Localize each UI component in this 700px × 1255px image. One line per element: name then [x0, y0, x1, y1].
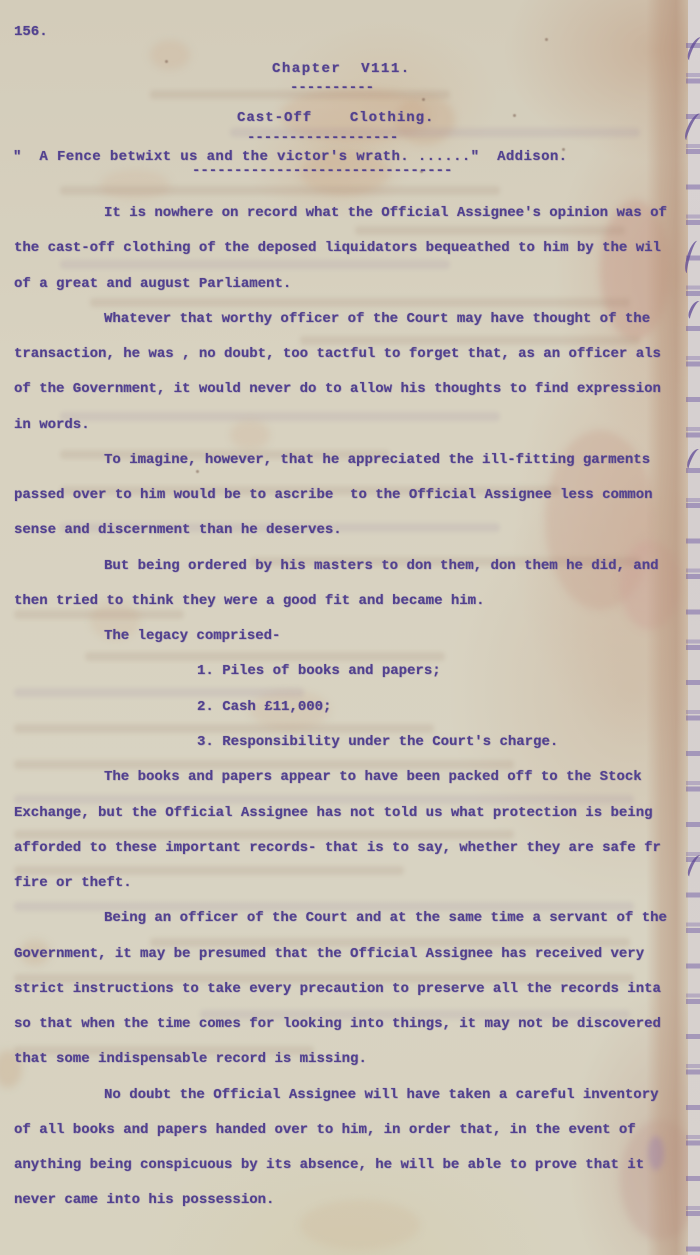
body-line: anything being conspicuous by its absenc… [14, 1148, 686, 1183]
body-line: 3. Responsibility under the Court's char… [14, 725, 686, 760]
body-line: The books and papers appear to have been… [14, 760, 686, 795]
ink-squiggle [682, 111, 700, 143]
ink-squiggle [685, 35, 700, 63]
ink-squiggle [686, 853, 700, 879]
body-line: then tried to think they were a good fit… [14, 584, 686, 619]
section-title: Cast-Off Clothing. [237, 110, 434, 126]
body-line: Being an officer of the Court and at the… [14, 901, 686, 936]
ink-speck [513, 114, 516, 117]
ink-speck [422, 98, 425, 101]
adjacent-page-edge [688, 0, 700, 1255]
body-line: transaction, he was , no doubt, too tact… [14, 337, 686, 372]
chapter-heading: Chapter V111. [272, 61, 411, 77]
body-line: 2. Cash £11,000; [14, 690, 686, 725]
ink-speck [545, 38, 548, 41]
ink-speck [165, 60, 168, 63]
body-line: 1. Piles of books and papers; [14, 654, 686, 689]
ghost-text [60, 186, 500, 195]
body-line: passed over to him would be to ascribe t… [14, 478, 686, 513]
body-line: so that when the time comes for looking … [14, 1007, 686, 1042]
adjacent-page-text-fragments [686, 18, 700, 1255]
body-line: in words. [14, 408, 686, 443]
body-line: of all books and papers handed over to h… [14, 1113, 686, 1148]
body-line: strict instructions to take every precau… [14, 972, 686, 1007]
paper-stain [150, 40, 190, 70]
body-line: that some indispensable record is missin… [14, 1042, 686, 1077]
body-line: No doubt the Official Assignee will have… [14, 1078, 686, 1113]
chapter-underline: ---------- [290, 80, 374, 96]
body-line: never came into his possession. [14, 1183, 686, 1218]
ink-squiggle [686, 299, 700, 321]
body-line: Whatever that worthy officer of the Cour… [14, 302, 686, 337]
document-page: 156. Chapter V111. ---------- Cast-Off C… [0, 0, 700, 1255]
body-line: It is nowhere on record what the Officia… [14, 196, 686, 231]
page-number: 156. [14, 24, 48, 40]
ink-squiggle [685, 447, 700, 471]
section-underline: ------------------ [247, 130, 398, 146]
body-line: of the Government, it would never do to … [14, 372, 686, 407]
body-line: the cast-off clothing of the deposed liq… [14, 231, 686, 266]
body-line: afforded to these important records- tha… [14, 831, 686, 866]
body-line: sense and discernment than he deserves. [14, 513, 686, 548]
body-line: But being ordered by his masters to don … [14, 549, 686, 584]
body-line: Government, it may be presumed that the … [14, 937, 686, 972]
body-line: Exchange, but the Official Assignee has … [14, 796, 686, 831]
epigraph-underline: ------------------------------- [192, 163, 452, 179]
body-text: It is nowhere on record what the Officia… [14, 196, 686, 1219]
body-line: fire or theft. [14, 866, 686, 901]
body-line: of a great and august Parliament. [14, 267, 686, 302]
body-line: The legacy comprised- [14, 619, 686, 654]
body-line: To imagine, however, that he appreciated… [14, 443, 686, 478]
